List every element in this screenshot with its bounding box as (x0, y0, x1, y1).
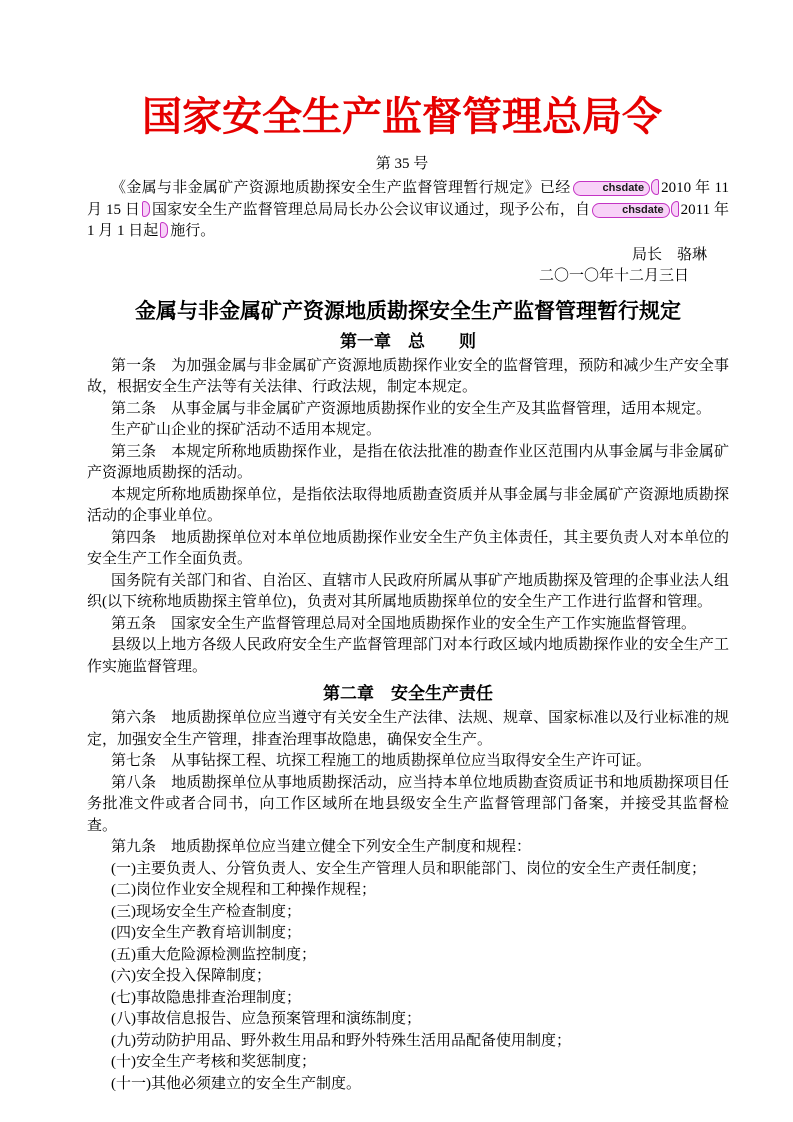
regulation-paragraph: 生产矿山企业的探矿活动不适用本规定。 (87, 420, 729, 442)
regulation-paragraph: 第四条 地质勘探单位对本单位地质勘探作业安全生产负主体责任，其主要负责人对本单位… (87, 528, 729, 571)
regulation-paragraph: 第二条 从事金属与非金属矿产资源地质勘探作业的安全生产及其监督管理，适用本规定。 (87, 399, 729, 421)
regulation-paragraph: 县级以上地方各级人民政府安全生产监督管理部门对本行政区域内地质勘探作业的安全生产… (87, 635, 729, 678)
clause-list-item: (十一)其他必须建立的安全生产制度。 (87, 1074, 729, 1096)
regulation-paragraph: 第三条 本规定所称地质勘探作业，是指在依法批准的勘查作业区范围内从事金属与非金属… (87, 442, 729, 485)
regulation-paragraph: 第七条 从事钻探工程、坑探工程施工的地质勘探单位应当取得安全生产许可证。 (87, 751, 729, 773)
regulation-paragraph: 第八条 地质勘探单位从事地质勘探活动，应当持本单位地质勘查资质证书和地质勘探项目… (87, 773, 729, 838)
smart-tag-open-bracket-icon (671, 201, 679, 217)
clause-list-item: (十)安全生产考核和奖惩制度； (87, 1052, 729, 1074)
announcement-text: 国家安全生产监督管理总局局长办公会议审议通过，现予公布，自 (152, 202, 590, 218)
document-page: 国家安全生产监督管理总局令 第 35 号 《金属与非金属矿产资源地质勘探安全生产… (0, 0, 793, 1122)
chapter-1-heading: 第一章 总 则 (87, 329, 729, 354)
announcement-text: 施行。 (170, 223, 215, 239)
signature-date: 二〇一〇年十二月三日 (87, 266, 729, 288)
clause-list-item: (五)重大危险源检测监控制度； (87, 945, 729, 967)
regulation-title: 金属与非金属矿产资源地质勘探安全生产监督管理暂行规定 (87, 297, 729, 326)
signature-block: 局长 骆琳 二〇一〇年十二月三日 (87, 245, 729, 288)
clause-list-item: (七)事故隐患排查治理制度； (87, 988, 729, 1010)
regulation-paragraph: 本规定所称地质勘探单位，是指依法取得地质勘查资质并从事金属与非金属矿产资源地质勘… (87, 485, 729, 528)
smart-tag-chsdate-label: chsdate (592, 203, 670, 218)
smart-tag-close-bracket-icon (142, 201, 150, 217)
smart-tag-open-bracket-icon (651, 179, 659, 195)
regulation-paragraph: 第五条 国家安全生产监督管理总局对全国地质勘探作业的安全生产工作实施监督管理。 (87, 614, 729, 636)
order-number: 第 35 号 (75, 153, 729, 175)
chapter-2-heading: 第二章 安全生产责任 (87, 681, 729, 706)
agency-order-title: 国家安全生产监督管理总局令 (75, 92, 729, 142)
signature-signer: 局长 骆琳 (87, 245, 729, 267)
clause-list-item: (九)劳动防护用品、野外救生用品和野外特殊生活用品配备使用制度； (87, 1031, 729, 1053)
clause-list-item: (六)安全投入保障制度； (87, 966, 729, 988)
clause-list-item: (八)事故信息报告、应急预案管理和演练制度； (87, 1009, 729, 1031)
announcement-text: 《金属与非金属矿产资源地质勘探安全生产监督管理暂行规定》已经 (111, 180, 571, 196)
clause-list-item: (一)主要负责人、分管负责人、安全生产管理人员和职能部门、岗位的安全生产责任制度… (87, 859, 729, 881)
regulation-paragraph: 第六条 地质勘探单位应当遵守有关安全生产法律、法规、规章、国家标准以及行业标准的… (87, 708, 729, 751)
announcement-paragraph: 《金属与非金属矿产资源地质勘探安全生产监督管理暂行规定》已经chsdate201… (87, 178, 729, 243)
clause-list-item: (四)安全生产教育培训制度； (87, 923, 729, 945)
clause-list-item: (二)岗位作业安全规程和工种操作规程； (87, 880, 729, 902)
clause-list-item: (三)现场安全生产检查制度； (87, 902, 729, 924)
regulation-paragraph: 国务院有关部门和省、自治区、直辖市人民政府所属从事矿产地质勘探及管理的企事业法人… (87, 571, 729, 614)
regulation-paragraph: 第一条 为加强金属与非金属矿产资源地质勘探作业安全的监督管理，预防和减少生产安全… (87, 356, 729, 399)
smart-tag-close-bracket-icon (160, 222, 168, 238)
smart-tag-chsdate-label: chsdate (573, 181, 651, 196)
regulation-paragraph: 第九条 地质勘探单位应当建立健全下列安全生产制度和规程： (87, 837, 729, 859)
